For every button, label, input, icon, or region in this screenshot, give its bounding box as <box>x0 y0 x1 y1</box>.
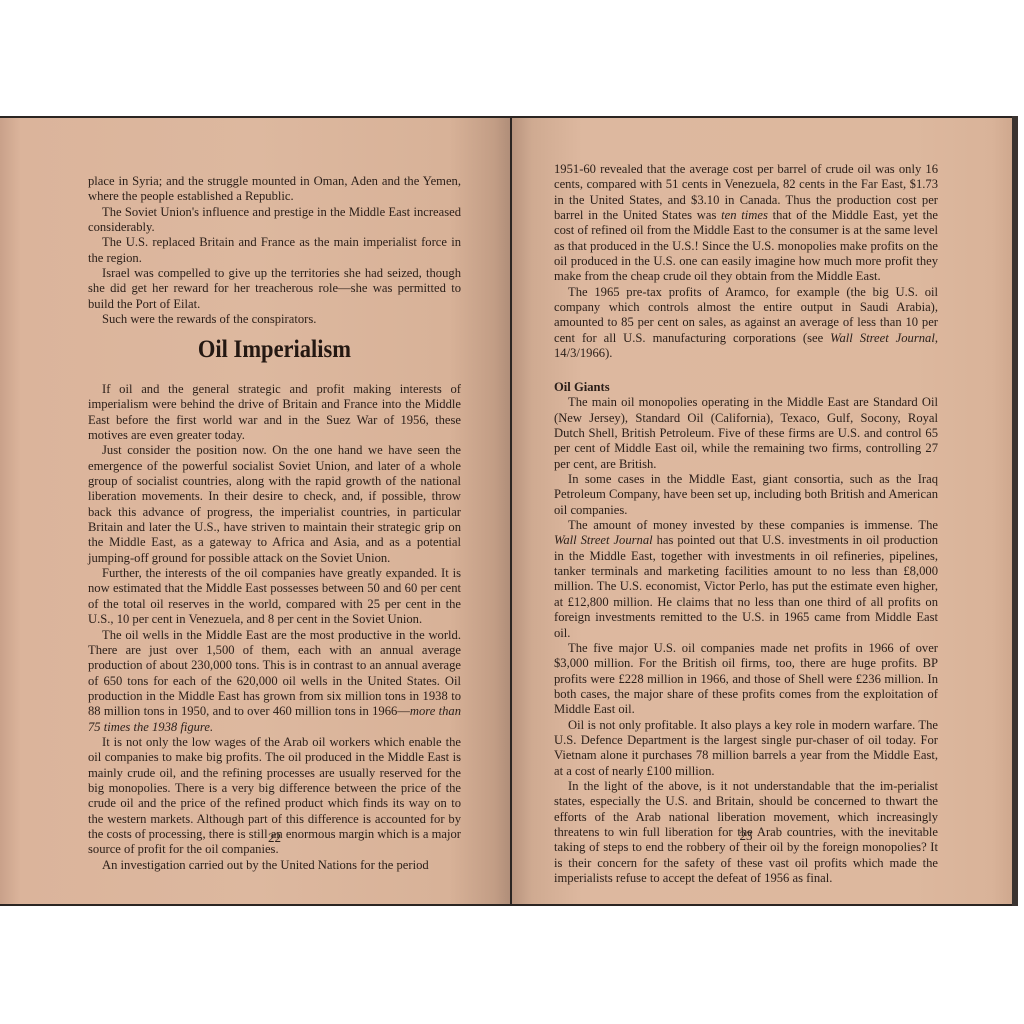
paragraph: The main oil monopolies operating in the… <box>554 395 938 472</box>
paragraph-text: Oil is not only profitable. It also play… <box>554 718 938 778</box>
paragraph: In some cases in the Middle East, giant … <box>554 472 938 518</box>
paragraph: The U.S. replaced Britain and France as … <box>88 235 461 266</box>
paragraph: 1951-60 revealed that the average cost p… <box>554 162 938 285</box>
right-intro-text: 1951-60 revealed that the average cost p… <box>554 162 938 361</box>
paragraph: An investigation carried out by the Unit… <box>88 858 461 873</box>
paragraph-text: The oil wells in the Middle East are the… <box>88 628 461 719</box>
paragraph: Israel was compelled to give up the terr… <box>88 266 461 312</box>
right-page: 1951-60 revealed that the average cost p… <box>512 118 1012 904</box>
paragraph: place in Syria; and the struggle mounted… <box>88 174 461 205</box>
italic-emphasis: Wall Street Journal <box>830 331 935 345</box>
right-section-text: Oil Giants The main oil monopolies opera… <box>554 380 938 886</box>
italic-emphasis: ten times <box>721 208 768 222</box>
paragraph-text: has pointed out that U.S. investments in… <box>554 533 938 639</box>
paragraph: The 1965 pre-tax profits of Aramco, for … <box>554 285 938 362</box>
section-title: Oil Imperialism <box>107 336 443 364</box>
paragraph: Such were the rewards of the conspirator… <box>88 312 461 327</box>
book-cover-edge <box>1012 116 1018 906</box>
page-number: 22 <box>88 830 461 846</box>
paragraph: The amount of money invested by these co… <box>554 518 938 641</box>
page-number: 23 <box>554 828 938 844</box>
open-book: place in Syria; and the struggle mounted… <box>0 116 1018 906</box>
paragraph-text: The main oil monopolies operating in the… <box>554 395 938 470</box>
left-page: place in Syria; and the struggle mounted… <box>0 118 510 904</box>
left-section-text: If oil and the general strategic and pro… <box>88 382 461 873</box>
paragraph: Further, the interests of the oil compan… <box>88 566 461 627</box>
paragraph-text: In some cases in the Middle East, giant … <box>554 472 938 517</box>
subsection-title: Oil Giants <box>554 380 938 395</box>
paragraph: The five major U.S. oil companies made n… <box>554 641 938 718</box>
italic-emphasis: Wall Street Journal <box>554 533 653 547</box>
paragraph: Oil is not only profitable. It also play… <box>554 718 938 779</box>
paragraph: The oil wells in the Middle East are the… <box>88 628 461 735</box>
paragraph-text: The five major U.S. oil companies made n… <box>554 641 938 716</box>
paragraph: The Soviet Union's influence and prestig… <box>88 205 461 236</box>
paragraph-text: The amount of money invested by these co… <box>568 518 938 532</box>
paragraph: Just consider the position now. On the o… <box>88 443 461 566</box>
paragraph: If oil and the general strategic and pro… <box>88 382 461 443</box>
left-intro-text: place in Syria; and the struggle mounted… <box>88 174 461 327</box>
